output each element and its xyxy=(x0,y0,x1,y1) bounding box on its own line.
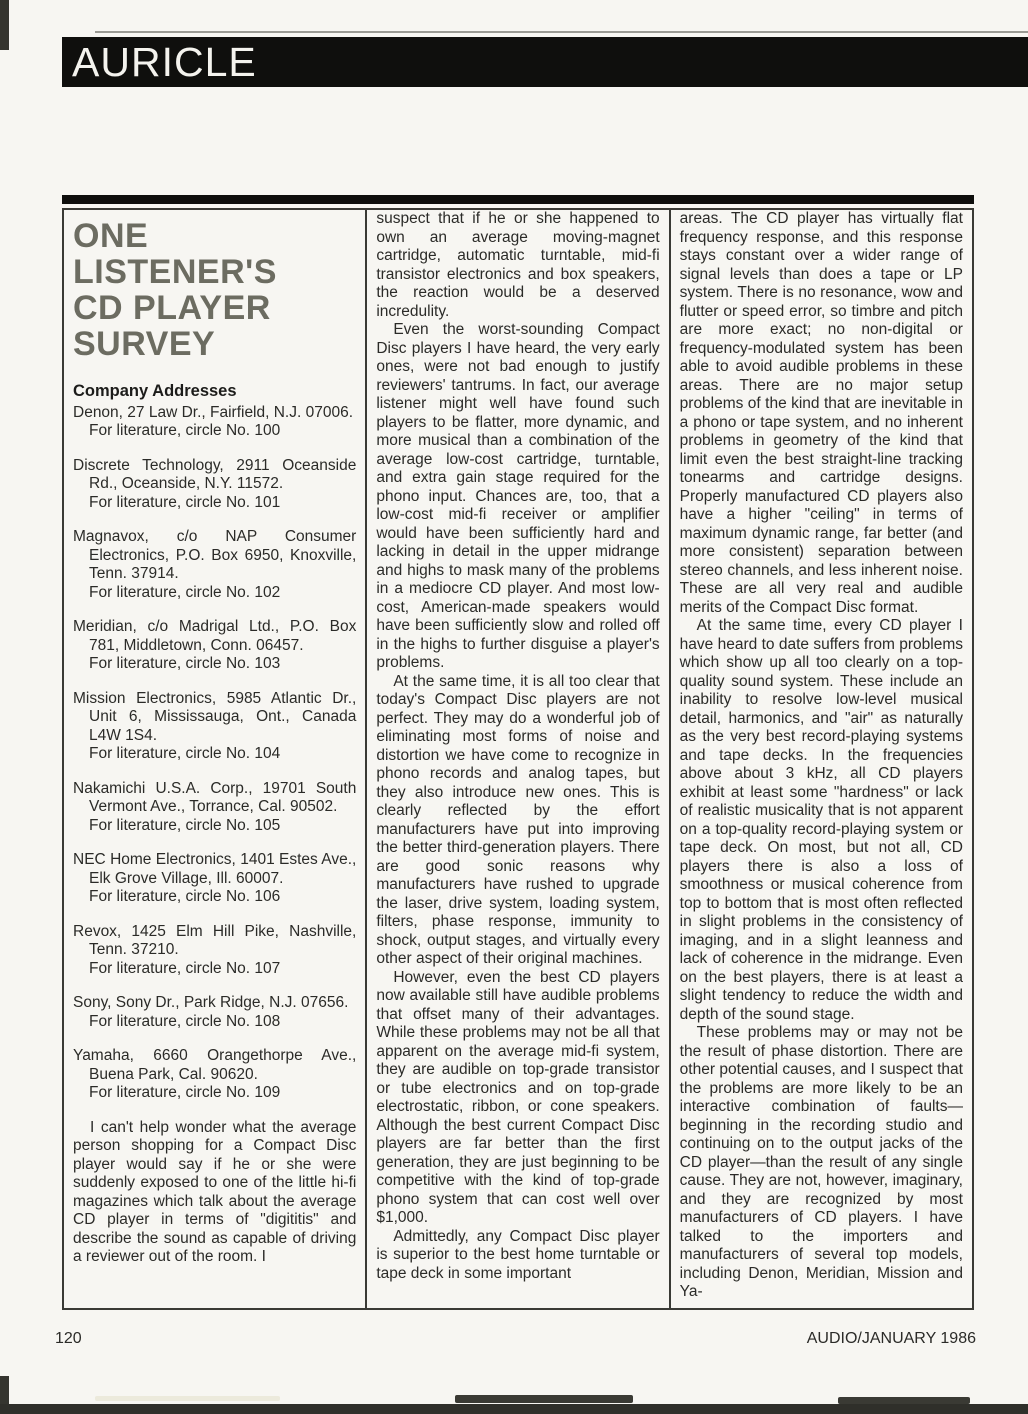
top-hairline-rule xyxy=(95,31,1028,33)
address-text: Magnavox, c/o NAP Consumer Electronics, … xyxy=(73,528,356,584)
address-text: Nakamichi U.S.A. Corp., 19701 South Verm… xyxy=(73,780,356,817)
address-entry: Mission Electronics, 5985 Atlantic Dr., … xyxy=(73,690,356,764)
address-entry: Yamaha, 6660 Orangethorpe Ave., Buena Pa… xyxy=(73,1047,356,1103)
address-literature-line: For literature, circle No. 103 xyxy=(73,655,356,674)
body-paragraph: At the same time, every CD player I have… xyxy=(680,617,963,1024)
body-paragraph: areas. The CD player has virtually flat … xyxy=(680,210,963,617)
address-entry: Nakamichi U.S.A. Corp., 19701 South Verm… xyxy=(73,780,356,836)
address-entry: NEC Home Electronics, 1401 Estes Ave., E… xyxy=(73,851,356,907)
footer-issue-label: AUDIO/JANUARY 1986 xyxy=(807,1330,976,1348)
address-entry: Sony, Sony Dr., Park Ridge, N.J. 07656. … xyxy=(73,994,356,1031)
body-paragraph: These problems may or may not be the res… xyxy=(680,1024,963,1302)
section-logo: AURICLE xyxy=(62,37,257,87)
address-text: Denon, 27 Law Dr., Fairfield, N.J. 07006… xyxy=(73,404,356,423)
body-paragraph: Admittedly, any Compact Disc player is s… xyxy=(376,1228,659,1284)
magazine-page: AURICLE ONE LISTENER'S CD PLAYER SURVEY … xyxy=(0,0,1028,1414)
address-text: Sony, Sony Dr., Park Ridge, N.J. 07656. xyxy=(73,994,356,1013)
article-title-line: LISTENER'S xyxy=(73,254,356,290)
column-middle: suspect that if he or she happened to ow… xyxy=(365,210,668,1308)
address-entry: Meridian, c/o Madrigal Ltd., P.O. Box 78… xyxy=(73,618,356,674)
address-literature-line: For literature, circle No. 106 xyxy=(73,888,356,907)
article-title-line: SURVEY xyxy=(73,326,356,362)
address-literature-line: For literature, circle No. 104 xyxy=(73,745,356,764)
address-entry: Magnavox, c/o NAP Consumer Electronics, … xyxy=(73,528,356,602)
company-addresses-heading: Company Addresses xyxy=(73,382,356,401)
address-literature-line: For literature, circle No. 107 xyxy=(73,960,356,979)
column-right: areas. The CD player has virtually flat … xyxy=(669,210,972,1308)
scan-artifact-smudge xyxy=(95,1396,280,1401)
address-literature-line: For literature, circle No. 100 xyxy=(73,422,356,441)
article-title-line: CD PLAYER xyxy=(73,290,356,326)
address-text: NEC Home Electronics, 1401 Estes Ave., E… xyxy=(73,851,356,888)
address-entry: Discrete Technology, 2911 Oceanside Rd.,… xyxy=(73,457,356,513)
footer-page-number: 120 xyxy=(55,1330,82,1348)
address-text: Discrete Technology, 2911 Oceanside Rd.,… xyxy=(73,457,356,494)
masthead-bar: AURICLE xyxy=(62,37,1028,87)
intro-paragraph: I can't help wonder what the average per… xyxy=(73,1119,356,1267)
column-left: ONE LISTENER'S CD PLAYER SURVEY Company … xyxy=(62,210,365,1308)
body-paragraph: suspect that if he or she happened to ow… xyxy=(376,210,659,321)
article-title-line: ONE xyxy=(73,218,356,254)
address-text: Mission Electronics, 5985 Atlantic Dr., … xyxy=(73,690,356,746)
body-paragraph: However, even the best CD players now av… xyxy=(376,969,659,1228)
address-literature-line: For literature, circle No. 109 xyxy=(73,1084,356,1103)
address-literature-line: For literature, circle No. 108 xyxy=(73,1013,356,1032)
scan-artifact-top-left xyxy=(0,0,9,50)
body-paragraph: Even the worst-sounding Compact Disc pla… xyxy=(376,321,659,673)
address-entry: Revox, 1425 Elm Hill Pike, Nashville, Te… xyxy=(73,923,356,979)
address-text: Yamaha, 6660 Orangethorpe Ave., Buena Pa… xyxy=(73,1047,356,1084)
address-entry: Denon, 27 Law Dr., Fairfield, N.J. 07006… xyxy=(73,404,356,441)
scan-artifact-smudge xyxy=(455,1395,633,1403)
address-literature-line: For literature, circle No. 102 xyxy=(73,584,356,603)
scan-artifact-bottom-bar xyxy=(0,1404,1028,1414)
address-text: Meridian, c/o Madrigal Ltd., P.O. Box 78… xyxy=(73,618,356,655)
scan-artifact-smudge xyxy=(838,1397,970,1404)
address-literature-line: For literature, circle No. 105 xyxy=(73,817,356,836)
address-literature-line: For literature, circle No. 101 xyxy=(73,494,356,513)
address-text: Revox, 1425 Elm Hill Pike, Nashville, Te… xyxy=(73,923,356,960)
article-title: ONE LISTENER'S CD PLAYER SURVEY xyxy=(73,218,356,362)
body-paragraph: At the same time, it is all too clear th… xyxy=(376,673,659,969)
article-columns: ONE LISTENER'S CD PLAYER SURVEY Company … xyxy=(62,208,974,1310)
article-top-rule xyxy=(62,195,974,204)
